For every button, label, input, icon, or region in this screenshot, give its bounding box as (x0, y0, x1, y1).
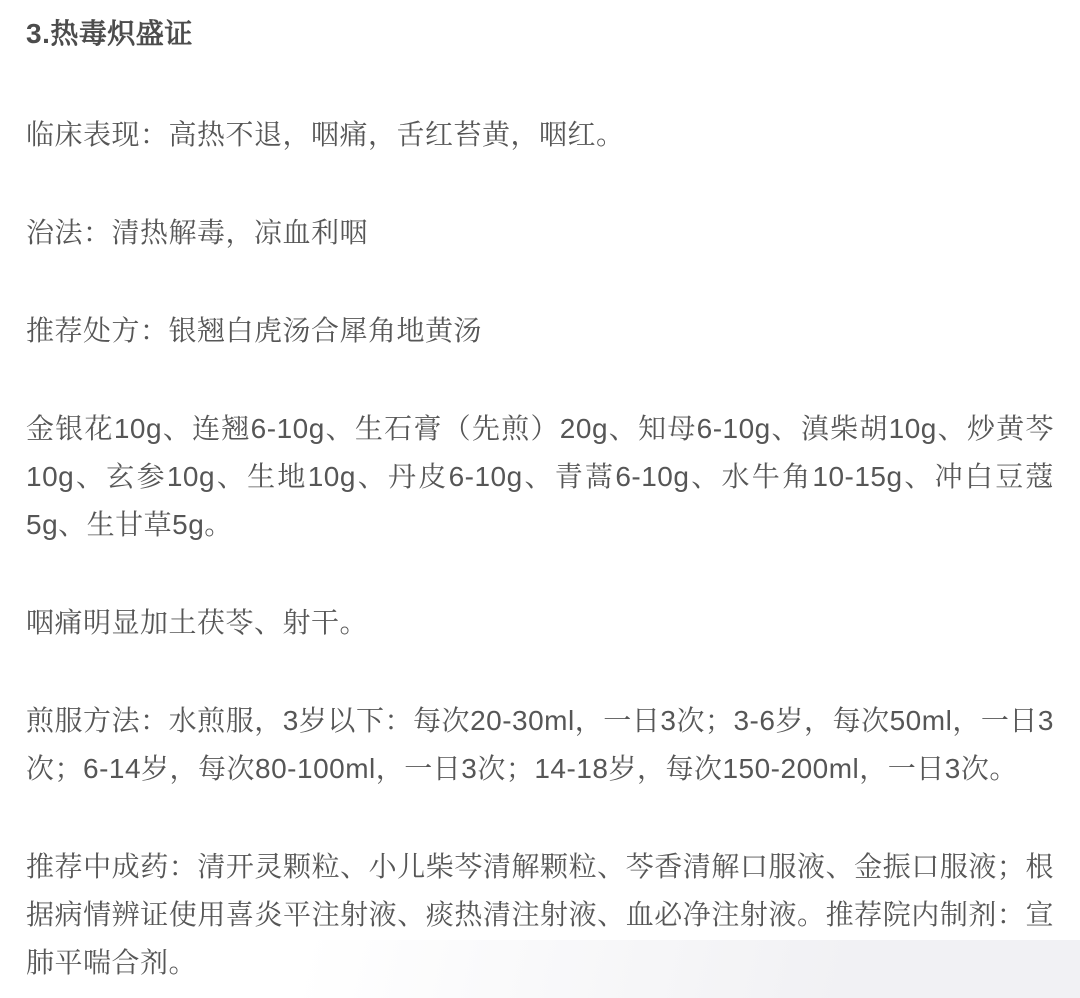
modification-note-paragraph: 咽痛明显加土茯苓、射干。 (26, 599, 1054, 647)
clinical-manifestations-paragraph: 临床表现：高热不退，咽痛，舌红苔黄，咽红。 (26, 111, 1054, 159)
patent-medicines-paragraph: 推荐中成药：清开灵颗粒、小儿柴芩清解颗粒、芩香清解口服液、金振口服液；根据病情辨… (26, 843, 1054, 987)
recommended-prescription-paragraph: 推荐处方：银翘白虎汤合犀角地黄汤 (26, 307, 1054, 355)
herb-composition-paragraph: 金银花10g、连翘6-10g、生石膏（先煎）20g、知母6-10g、滇柴胡10g… (26, 405, 1054, 549)
article-body: 3.热毒炽盛证 临床表现：高热不退，咽痛，舌红苔黄，咽红。 治法：清热解毒，凉血… (0, 0, 1080, 998)
treatment-method-paragraph: 治法：清热解毒，凉血利咽 (26, 209, 1054, 257)
decoction-method-paragraph: 煎服方法：水煎服，3岁以下：每次20-30ml，一日3次；3-6岁，每次50ml… (26, 697, 1054, 793)
section-heading: 3.热毒炽盛证 (26, 0, 1054, 54)
